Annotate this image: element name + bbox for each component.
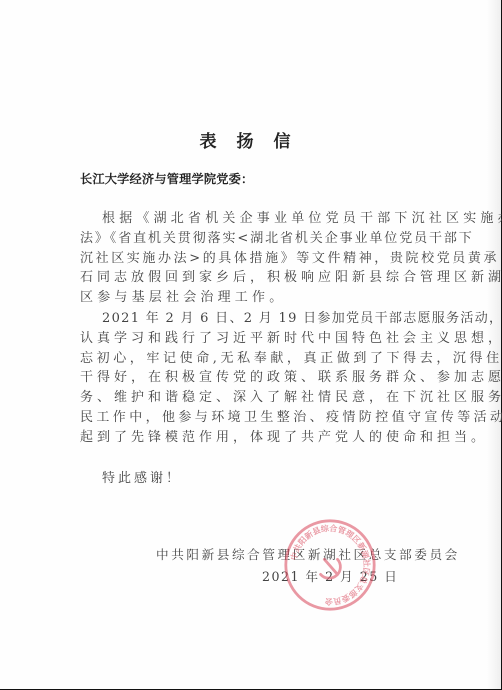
official-seal-stamp-icon: 中共阳新县综合管理区新湖社区总支部委员会: [283, 518, 377, 612]
paragraph-line: 沉社区实施办法>的具体措施》等文件精神，贵院校党员黄承: [80, 249, 412, 269]
closing-remark: 特此感谢！: [102, 467, 182, 486]
seal-text: 中共阳新县综合管理区新湖社区总支部委员会: [288, 523, 372, 607]
paragraph-line: 务、维护和谐稳定、深入了解社情民意，在下沉社区服务居: [80, 388, 412, 408]
paragraph-line: 起到了先锋模范作用，体现了共产党人的使命和担当。: [80, 428, 412, 448]
paragraph-line: 根据《湖北省机关企事业单位党员干部下沉社区实施办: [80, 209, 412, 229]
svg-text:中共阳新县综合管理区新湖社区总支部委员会: 中共阳新县综合管理区新湖社区总支部委员会: [288, 523, 372, 607]
signature-organization: 中共阳新县综合管理区新湖社区总支部委员会: [156, 544, 460, 563]
paragraph-line: 认真学习和践行了习近平新时代中国特色社会主义思想，不: [80, 329, 412, 349]
paragraph-2: 2021 年 2 月 6 日、2 月 19 日参加党员干部志愿服务活动， 认真学…: [80, 309, 412, 448]
salutation: 长江大学经济与管理学院党委：: [80, 170, 253, 187]
paragraph-line: 民工作中，他参与环境卫生整治、疫情防控值守宣传等活动，: [80, 408, 412, 428]
paragraph-line: 石同志放假回到家乡后，积极响应阳新县综合管理区新湖社: [80, 268, 412, 288]
letter-page: 表扬信 长江大学经济与管理学院党委： 根据《湖北省机关企事业单位党员干部下沉社区…: [0, 0, 502, 690]
signature-date: 2021 年 2 月 25 日: [262, 566, 398, 585]
paragraph-line: 忘初心，牢记使命,无私奉献，真正做到了下得去，沉得住，: [80, 349, 412, 369]
paragraph-line: 区参与基层社会治理工作。: [80, 288, 412, 308]
paragraph-line: 干得好，在积极宣传党的政策、联系服务群众、参加志愿服: [80, 368, 412, 388]
paragraph-line: 2021 年 2 月 6 日、2 月 19 日参加党员干部志愿服务活动，: [80, 309, 412, 329]
paragraph-line: 法》《省直机关贯彻落实<湖北省机关企事业单位党员干部下: [80, 229, 412, 249]
paragraph-1: 根据《湖北省机关企事业单位党员干部下沉社区实施办 法》《省直机关贯彻落实<湖北省…: [80, 209, 412, 308]
letter-title: 表扬信: [0, 127, 490, 152]
